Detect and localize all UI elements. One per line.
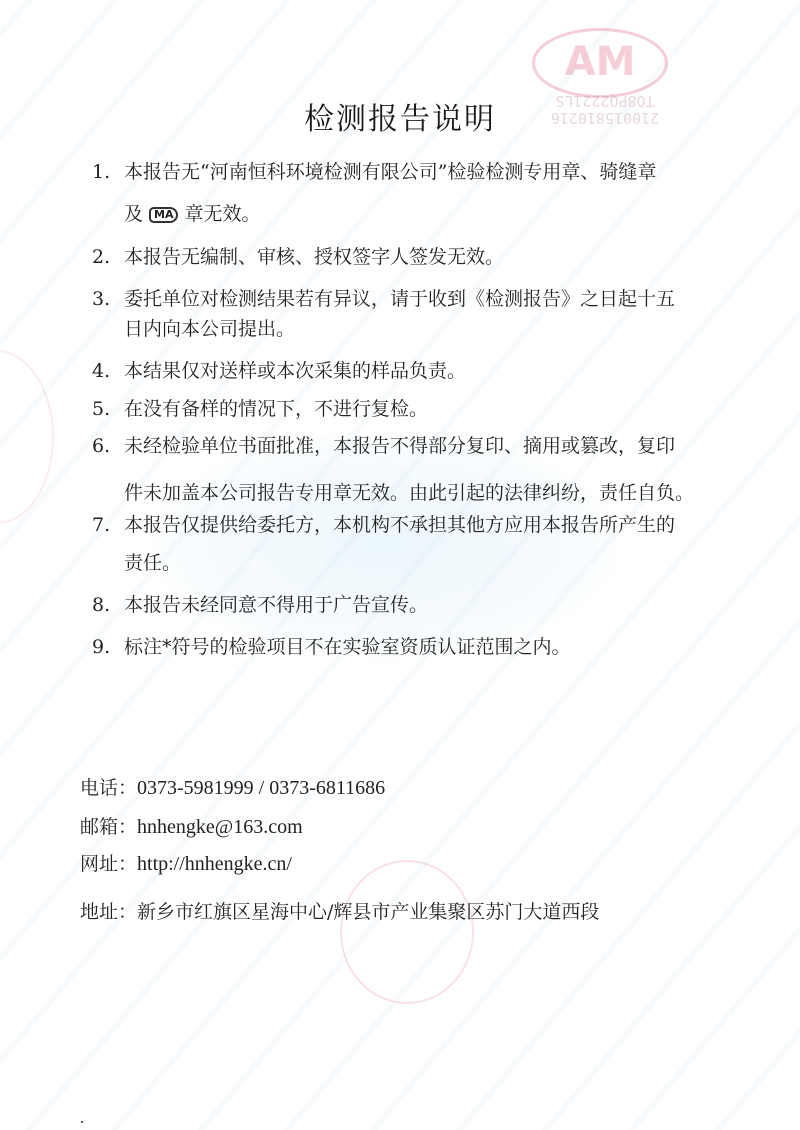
list-item-1-cont: 及MA章无效。 <box>124 199 261 226</box>
cma-mark-icon: MA <box>149 207 178 223</box>
document-page: AM 210015810216TO8PQ2221LS 检测报告说明 1.本报告无… <box>0 0 800 1130</box>
list-item-1: 1.本报告无“河南恒科环境检测有限公司”检验检测专用章、骑缝章 <box>92 157 656 184</box>
list-item-9: 9.标注*符号的检验项目不在实验室资质认证范围之内。 <box>92 632 571 659</box>
phone-number: 0373-5981999 / 0373-6811686 <box>137 777 385 799</box>
list-item-6: 6.未经检验单位书面批准，本报告不得部分复印、摘用或篡改，复印 <box>92 431 675 458</box>
list-item-5: 5.在没有备样的情况下，不进行复检。 <box>92 394 428 421</box>
page-title: 检测报告说明 <box>0 94 800 138</box>
list-item-8: 8.本报告未经同意不得用于广告宣传。 <box>92 590 428 617</box>
address-text: 新乡市红旗区星海中心/辉县市产业集聚区苏门大道西段 <box>137 901 599 923</box>
red-seal-bottom <box>340 860 474 1004</box>
list-item-7-cont: 责任。 <box>124 548 181 575</box>
am-stamp: AM <box>532 28 668 98</box>
contact-address: 地址：新乡市红旗区星海中心/辉县市产业集聚区苏门大道西段 <box>80 897 599 924</box>
contact-email: 邮箱：hnhengke@163.com <box>80 812 303 839</box>
list-item-3-cont: 日内向本公司提出。 <box>124 314 295 341</box>
contact-phone: 电话：0373-5981999 / 0373-6811686 <box>80 773 385 800</box>
contact-website: 网址：http://hnhengke.cn/ <box>80 849 292 876</box>
list-item-2: 2.本报告无编制、审核、授权签字人签发无效。 <box>92 242 504 269</box>
website-url: http://hnhengke.cn/ <box>137 853 292 875</box>
red-seal-left <box>0 350 54 524</box>
list-item-4: 4.本结果仅对送样或本次采集的样品负责。 <box>92 356 466 383</box>
scan-speck <box>81 1121 83 1123</box>
list-item-6-cont: 件未加盖本公司报告专用章无效。由此引起的法律纠纷，责任自负。 <box>124 478 694 505</box>
watermark-logo <box>150 430 620 660</box>
list-item-3: 3.委托单位对检测结果若有异议，请于收到《检测报告》之日起十五 <box>92 284 675 311</box>
list-item-7: 7.本报告仅提供给委托方，本机构不承担其他方应用本报告所产生的 <box>92 510 675 537</box>
email-address: hnhengke@163.com <box>137 816 303 838</box>
